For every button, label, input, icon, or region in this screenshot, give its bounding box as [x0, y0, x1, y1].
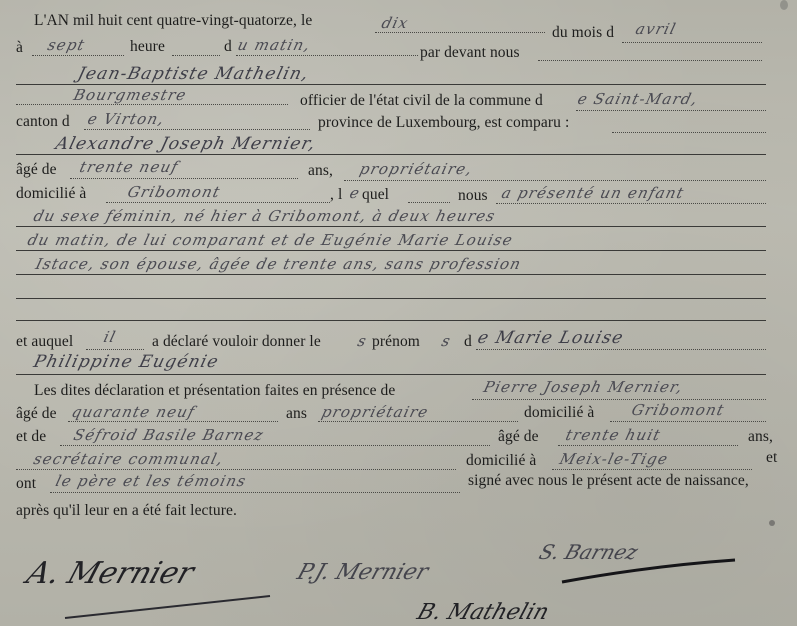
- profession-dotted-line: [344, 180, 766, 181]
- domicile-dotted-line: [106, 202, 330, 203]
- ink-spot: [780, 0, 788, 10]
- body-rule-2: [16, 250, 766, 251]
- body-rule-5: [16, 320, 766, 321]
- witness2-age-label: âgé de: [498, 428, 539, 446]
- presented-value: a présenté un enfant: [500, 184, 687, 202]
- witness2-domicile-value: Meix-le-Tige: [558, 450, 671, 468]
- auquel-dotted-line: [86, 349, 144, 350]
- devant-dotted-line: [538, 60, 762, 61]
- heure-dotted-line: [172, 55, 220, 56]
- officer-name-value: Jean-Baptiste Mathelin,: [76, 64, 312, 84]
- witness2-profession-dotted-line: [16, 469, 456, 470]
- ont-dotted-line: [50, 492, 460, 493]
- month-label: du mois d: [552, 24, 614, 42]
- apres-label: après qu'il leur en a été fait lecture.: [16, 502, 237, 520]
- witness1-age-label: âgé de: [16, 405, 57, 423]
- canton-value: e Virton,: [86, 110, 167, 128]
- witness1-profession-value: propriétaire: [320, 403, 431, 421]
- body-line-2: du matin, de lui comparant et de Eugénie…: [26, 231, 515, 249]
- hour-value: sept: [46, 36, 88, 54]
- signature-2: P.J. Mernier: [294, 560, 431, 585]
- nous-label: nous: [458, 187, 488, 205]
- witness1-age-value: quarante neuf: [70, 403, 198, 421]
- witness1-age-dotted-line: [68, 421, 278, 422]
- witness1-domicile-dotted-line: [610, 421, 766, 422]
- day-dotted-line: [375, 32, 545, 33]
- ans-label: ans,: [308, 162, 333, 180]
- devant-label: par devant nous: [420, 44, 520, 62]
- witness1-name-dotted-line: [472, 399, 766, 400]
- canton-dotted-line: [84, 129, 310, 130]
- witness2-profession-value: secrétaire communal,: [32, 450, 226, 468]
- prenoms-dotted-line: [476, 349, 766, 350]
- month-dotted-line: [622, 42, 762, 43]
- body-rule-1: [16, 226, 766, 227]
- body-line-1: du sexe féminin, né hier à Gribomont, à …: [32, 207, 498, 225]
- witness2-ans-label: ans,: [748, 428, 773, 446]
- declarant-name-rule: [16, 154, 766, 155]
- lequel-label: , l: [330, 186, 342, 204]
- prenoms-rule: [16, 374, 766, 375]
- prenoms-line-1: e Marie Louise: [476, 328, 627, 348]
- ont-fill: le père et les témoins: [54, 472, 249, 490]
- declarant-age-dotted-line: [70, 178, 298, 179]
- prenom-label: prénom: [372, 333, 420, 351]
- witness2-name-value: Séfroid Basile Barnez: [72, 426, 266, 444]
- signature-4: B. Mathelin: [414, 600, 552, 625]
- witness2-age-dotted-line: [558, 445, 738, 446]
- witness1-domicile-label: domicilié à: [524, 404, 594, 422]
- witness1-name-value: Pierre Joseph Mernier,: [482, 378, 685, 396]
- province-label: province de Luxembourg, est comparu :: [318, 114, 569, 132]
- signature-1: A. Mernier: [22, 556, 198, 591]
- signe-label: signé avec nous le présent acte de naiss…: [468, 472, 749, 490]
- period-dotted-line: [236, 55, 418, 56]
- officer-title-value: Bourgmestre: [72, 86, 189, 104]
- le-fill: s: [356, 332, 369, 350]
- commune-value: e Saint-Mard,: [576, 90, 700, 108]
- heure-label: heure: [130, 38, 165, 56]
- auquel-fill: il: [102, 328, 118, 346]
- declarant-domicile-value: Gribomont: [126, 183, 223, 201]
- witness2-etde-label: et de: [16, 428, 46, 446]
- period-value: u matin,: [236, 36, 313, 54]
- day-value: dix: [380, 14, 411, 32]
- prenom-fill: s: [440, 332, 453, 350]
- lequel-fill: e: [348, 184, 363, 202]
- dites-label: Les dites déclaration et présentation fa…: [34, 382, 395, 400]
- hour-dotted-line: [32, 55, 124, 56]
- a-label: à: [16, 39, 23, 57]
- prenom-d-label: d: [464, 333, 472, 351]
- certificate-page: L'AN mil huit cent quatre-vingt-quatorze…: [0, 0, 797, 626]
- officier-label: officier de l'état civil de la commune d: [300, 92, 543, 110]
- comparu-dotted-line: [612, 132, 766, 133]
- body-rule-4: [16, 298, 766, 299]
- auquel-label: et auquel: [16, 333, 73, 351]
- body-rule-3: [16, 274, 766, 275]
- declarant-profession-value: propriétaire,: [358, 160, 475, 178]
- commune-dotted-line: [576, 110, 766, 111]
- body-line-3: Istace, son épouse, âgée de trente ans, …: [34, 255, 524, 273]
- month-value: avril: [634, 20, 679, 38]
- declare-label: a déclaré vouloir donner le: [152, 333, 321, 351]
- witness2-name-dotted-line: [60, 445, 490, 446]
- d-label: d: [224, 38, 232, 56]
- declarant-name-value: Alexandre Joseph Mernier,: [54, 134, 319, 154]
- witness2-age-value: trente huit: [564, 426, 663, 444]
- witness1-domicile-value: Gribomont: [630, 401, 727, 419]
- signature-3-flourish: [560, 556, 740, 586]
- officer-name-rule: [16, 84, 766, 85]
- ink-spot: [769, 520, 775, 526]
- quel-dotted-line: [408, 202, 450, 203]
- canton-label: canton d: [16, 113, 70, 131]
- quel-label: quel: [362, 186, 389, 204]
- age-label: âgé de: [16, 161, 57, 179]
- officer-title-dotted-line: [16, 104, 288, 105]
- signature-1-flourish: [60, 592, 280, 622]
- witness2-domicile-dotted-line: [552, 469, 752, 470]
- ont-label: ont: [16, 475, 36, 493]
- domicile-label: domicilié à: [16, 185, 86, 203]
- presented-dotted-line: [496, 203, 766, 204]
- witness2-domicile-label: domicilié à: [466, 452, 536, 470]
- witness1-profession-dotted-line: [318, 421, 518, 422]
- prenoms-line-2: Philippine Eugénie: [32, 352, 222, 372]
- intro-text: L'AN mil huit cent quatre-vingt-quatorze…: [34, 12, 312, 30]
- declarant-age-value: trente neuf: [78, 158, 181, 176]
- witness1-ans-label: ans: [286, 405, 307, 423]
- et-label: et: [766, 449, 777, 467]
